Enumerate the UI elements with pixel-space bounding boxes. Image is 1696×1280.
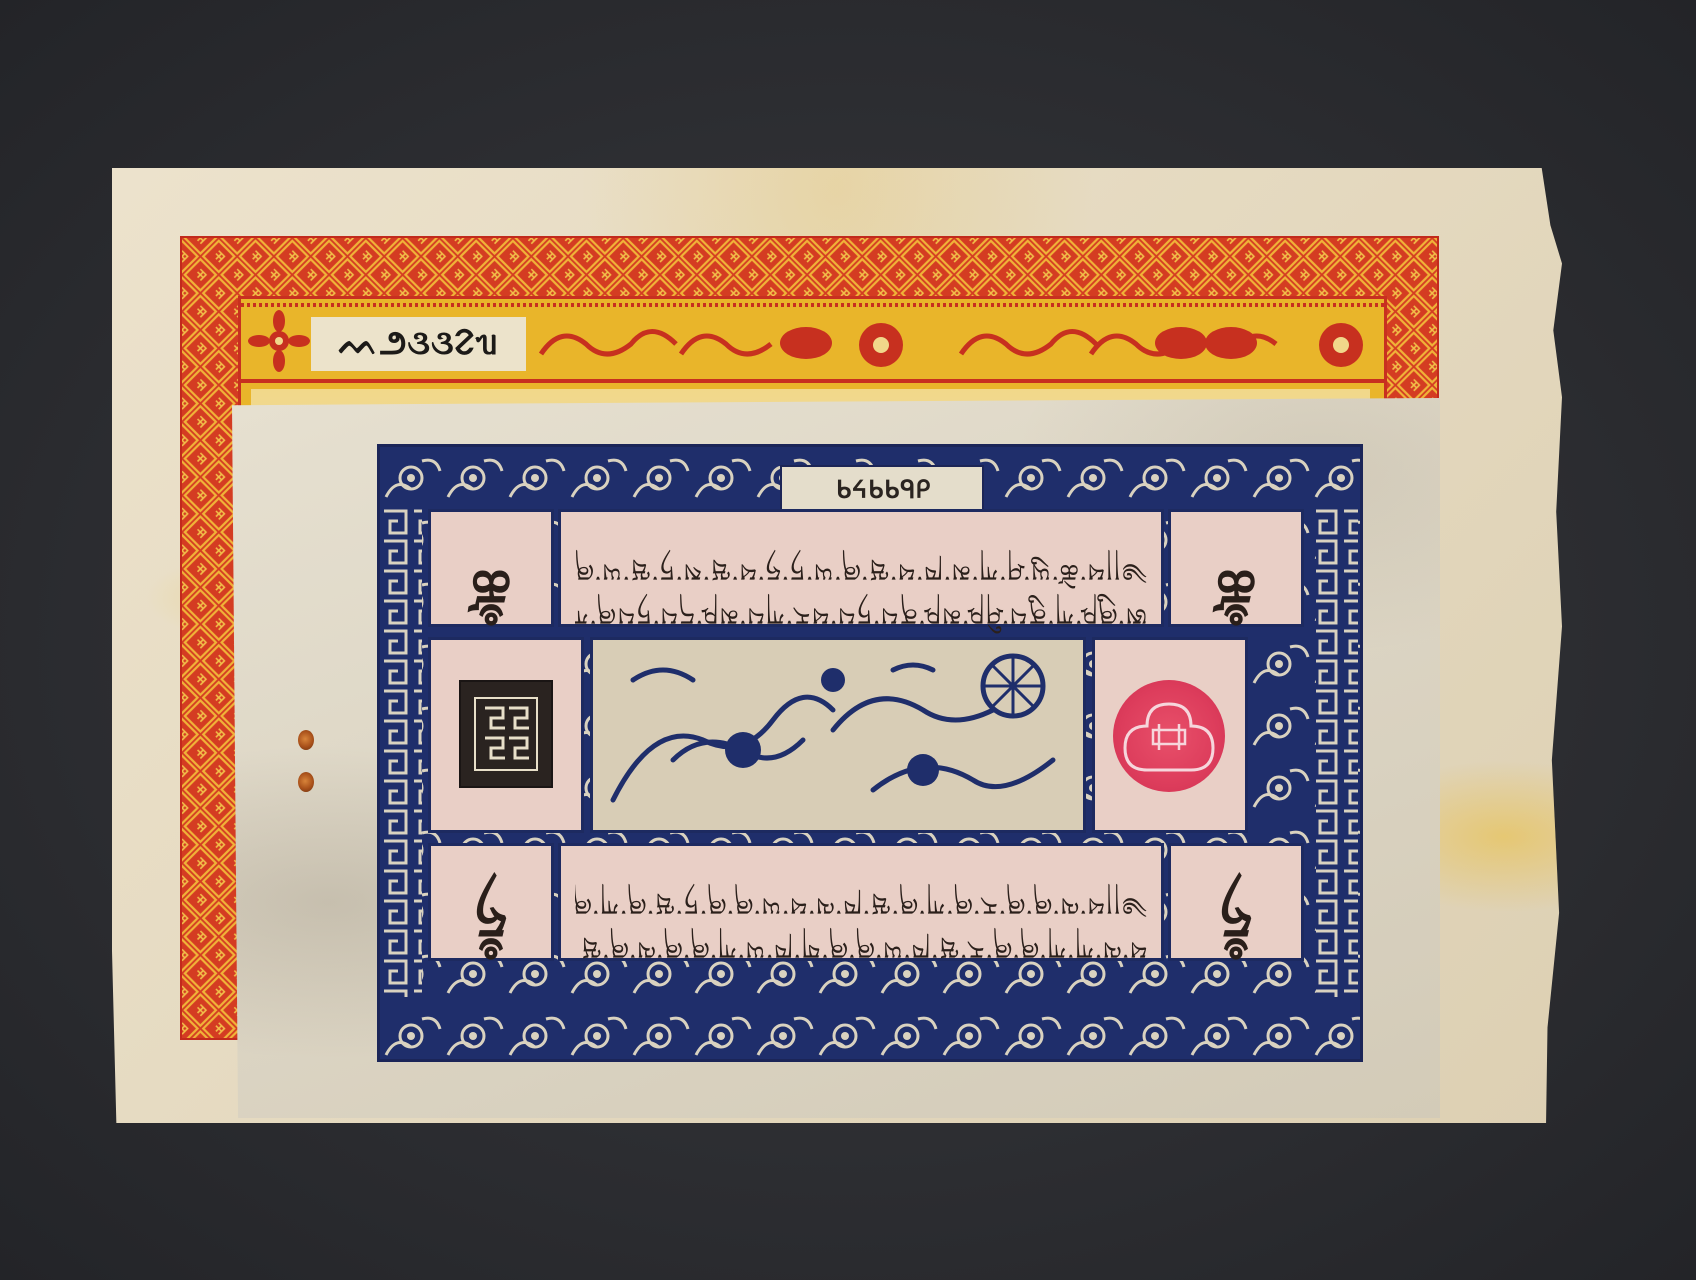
lion-dragon-vignette: [590, 637, 1086, 833]
square-seal-icon: [459, 680, 553, 788]
top-right-denomination-panel: ཚྃ: [1168, 509, 1304, 627]
corner-glyph: ཧྃ: [1221, 826, 1251, 978]
back-serial-box: ᨓ౨૩૩ᱮᥔ: [311, 317, 526, 371]
top-text-line-1: ཨ་ཞུཥ་ཀ་ནུཔ་ཤིཥ་མཥ་ནཔ་ཏཔ་ཕར་ཀཔ་མཥ་དཔ་ཏཔཞ…: [575, 570, 1147, 643]
bottom-text-panel: ༄།།ཕ་ལ་ཞ་ཞ་ར་ཞ་ཀ་ཞ་ཝ་ཁ་ལ་ཕ་ཡ་ཞ་ཞ་ཏ་ཝ་ཞ་ཀ…: [558, 843, 1164, 961]
bottom-right-denomination-panel: ཧྃ: [1168, 843, 1304, 961]
meander-seal-script: [461, 682, 551, 786]
top-left-denomination-panel: ཚྃ: [428, 509, 554, 627]
blue-ornamental-frame: Ꮷᑲᑫᑫᔭᑫ ཚྃ ༄།།ཕ་ཚེ་ཡུ་ཤ་ཀ་མ་ཁ་ཕ་ཝ་ཞ་ཡ་ཏ་ཧ…: [377, 444, 1363, 1062]
back-serial-number: ᨓ౨૩૩ᱮᥔ: [339, 318, 499, 371]
corner-glyph: ཚྃ: [1217, 492, 1255, 644]
rosette-icon: [247, 309, 311, 373]
top-text-panel: ༄།།ཕ་ཚེ་ཡུ་ཤ་ཀ་མ་ཁ་ཕ་ཝ་ཞ་ཡ་ཏ་ཧ་ཕ་ཝ་ས་ཏ་ཝ…: [558, 509, 1164, 627]
round-red-seal-icon: [1113, 680, 1225, 792]
left-seal-panel: [428, 637, 584, 833]
right-seal-panel: [1092, 637, 1248, 833]
vignette-artwork: [593, 640, 1083, 830]
front-serial-box: Ꮷᑲᑫᑫᔭᑫ: [780, 465, 984, 511]
bottom-text-line-1: ཕ་ལ་ཀ་ཀ་ཞ་ཞ་ར་ཝ་ཁ་ཡ་ཞ་ཞ་ག་ཁ་ཡ་ཀ་ཞ་ཞ་ལ་ཞ་…: [575, 904, 1147, 977]
pin-hole: [298, 730, 314, 750]
knot-motif: [1113, 680, 1225, 792]
front-banknote: Ꮷᑲᑫᑫᔭᑫ ཚྃ ༄།།ཕ་ཚེ་ཡུ་ཤ་ཀ་མ་ཁ་ཕ་ཝ་ཞ་ཡ་ཏ་ཧ…: [232, 398, 1440, 1118]
corner-glyph: ཧྃ: [476, 826, 506, 978]
pin-hole: [298, 772, 314, 792]
bottom-left-denomination-panel: ཧྃ: [428, 843, 554, 961]
front-serial-number: Ꮷᑲᑫᑫᔭᑫ: [835, 474, 930, 503]
corner-glyph: ཚྃ: [472, 492, 510, 644]
